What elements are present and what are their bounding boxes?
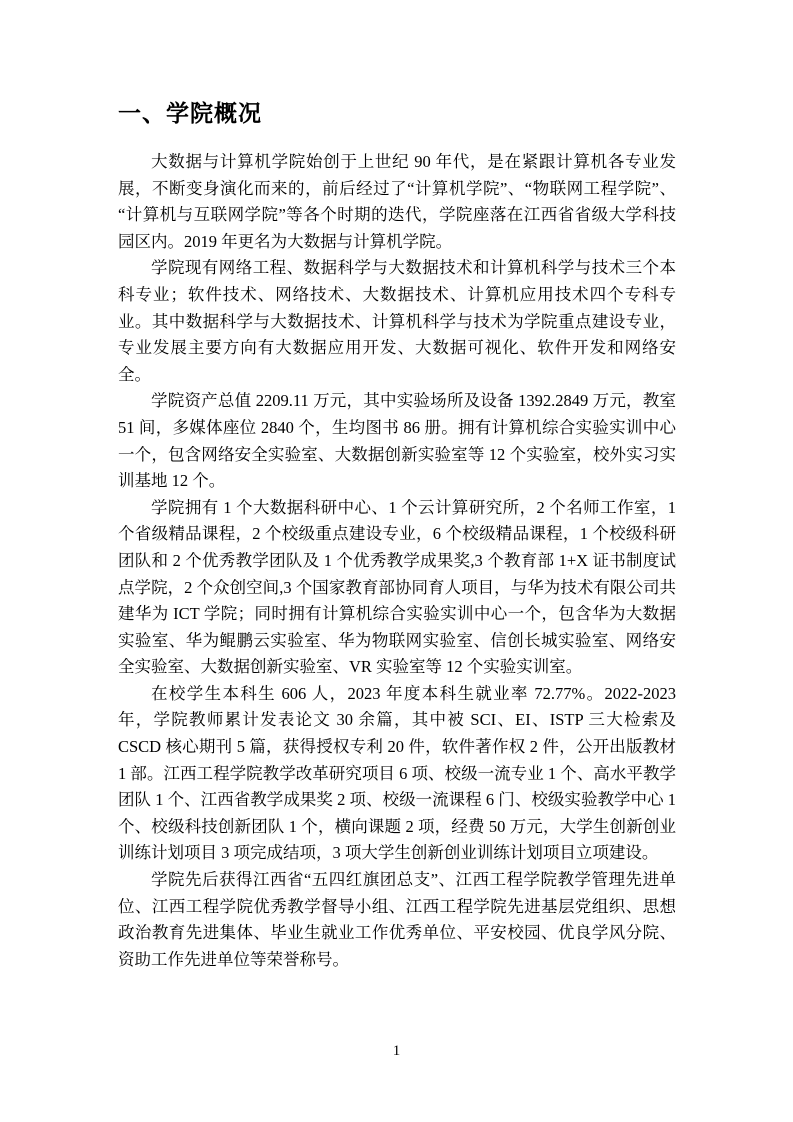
- paragraph-majors: 学院现有网络工程、数据科学与大数据技术和计算机科学与技术三个本科专业；软件技术、…: [118, 255, 676, 388]
- paragraph-assets: 学院资产总值 2209.11 万元，其中实验场所及设备 1392.2849 万元…: [118, 388, 676, 494]
- paragraph-research-platforms: 学院拥有 1 个大数据科研中心、1 个云计算研究所，2 个名师工作室，1 个省级…: [118, 495, 676, 681]
- page-number: 1: [393, 1043, 401, 1059]
- document-page: 一、学院概况 大数据与计算机学院始创于上世纪 90 年代，是在紧跟计算机各专业发…: [0, 0, 793, 1122]
- paragraph-honors: 学院先后获得江西省“五四红旗团总支”、江西工程学院教学管理先进单位、江西工程学院…: [118, 867, 676, 973]
- section-heading: 一、学院概况: [118, 97, 676, 130]
- page-footer: 1: [0, 1042, 793, 1060]
- paragraph-college-history: 大数据与计算机学院始创于上世纪 90 年代，是在紧跟计算机各专业发展，不断变身演…: [118, 149, 676, 255]
- paragraph-students-achievements: 在校学生本科生 606 人，2023 年度本科生就业率 72.77%。2022-…: [118, 681, 676, 867]
- document-content: 一、学院概况 大数据与计算机学院始创于上世纪 90 年代，是在紧跟计算机各专业发…: [118, 97, 676, 973]
